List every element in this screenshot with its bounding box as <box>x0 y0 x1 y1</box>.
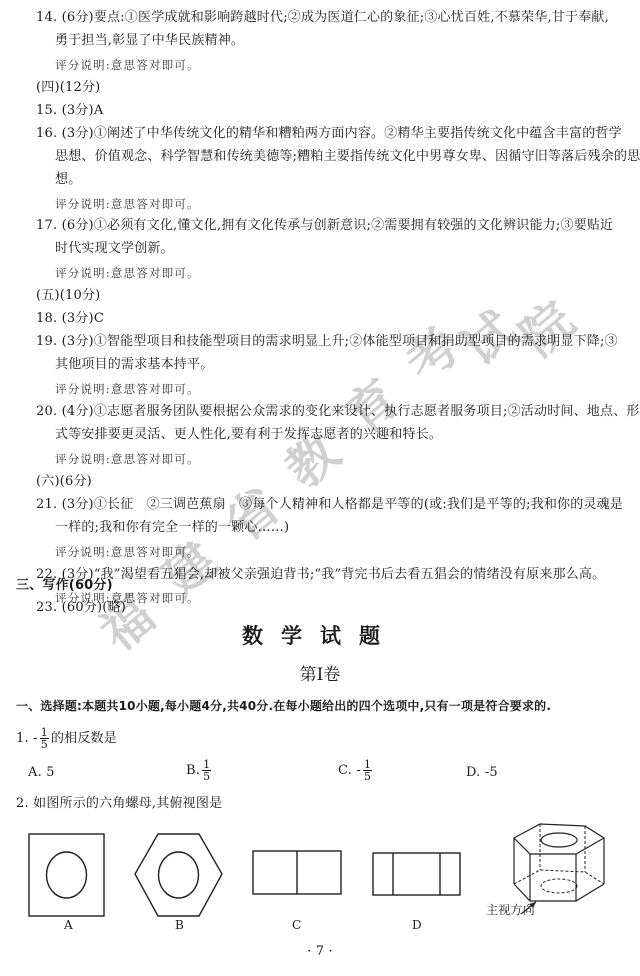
option-label: B. <box>186 763 200 778</box>
figure-d-three-rectangles[interactable] <box>372 852 464 898</box>
grading-note: 评分说明:意思答对即可。 <box>55 451 200 467</box>
option-a[interactable]: A. 5 <box>28 765 55 781</box>
q1-prefix: 1. - <box>16 731 38 746</box>
fraction: 15 <box>40 727 49 750</box>
page-number: · 7 · <box>0 944 640 960</box>
answer-line: 想。 <box>55 172 81 188</box>
watermark-char: 考 <box>388 308 473 395</box>
answer-15: 15. (3分)A <box>36 103 103 119</box>
option-d[interactable]: D. -5 <box>466 765 498 781</box>
answer-18: 18. (3分)C <box>36 311 104 327</box>
denominator: 5 <box>364 771 371 782</box>
answer-line: 14. (6分)要点:①医学成就和影响跨越时代;②成为医道仁心的象征;③心忧百姓… <box>36 10 609 26</box>
grading-note: 评分说明:意思答对即可。 <box>55 57 200 73</box>
grading-note: 评分说明:意思答对即可。 <box>55 381 200 397</box>
fraction: 15 <box>202 759 211 782</box>
fraction: 15 <box>363 759 372 782</box>
section-5-heading: (五)(10分) <box>36 288 100 304</box>
answer-line: 时代实现文学创新。 <box>55 241 174 257</box>
section-heading: 一、选择题:本题共10小题,每小题4分,共40分.在每小题给出的四个选项中,只有… <box>16 698 551 714</box>
denominator: 5 <box>203 771 210 782</box>
writing-heading: 三、写作(60分) <box>16 578 113 594</box>
answer-line: 思想、价值观念、科学智慧和传统美德等;糟粕主要指传统文化中男尊女卑、因循守旧等落… <box>55 149 640 165</box>
figure-b-hexagon-with-circle[interactable] <box>134 833 226 917</box>
writing-item: 23. (60分)(略) <box>36 600 126 616</box>
answer-line: 19. (3分)①智能型项目和技能型项目的需求明显上升;②体能型项目和捐助型项目… <box>36 334 618 350</box>
answer-line: 21. (3分)①长征 ②三调芭蕉扇 ③每个人精神和人格都是平等的(或:我们是平… <box>36 497 623 513</box>
answer-line: 一样的;我和你有完全一样的一颗心……) <box>55 520 289 536</box>
volume-title: 第Ⅰ卷 <box>0 660 640 685</box>
option-b[interactable]: B.15 <box>186 758 213 784</box>
section-4-heading: (四)(12分) <box>36 80 100 96</box>
answer-line: 17. (6分)①必须有文化,懂文化,拥有文化传承与创新意识;②需要拥有较强的文… <box>36 218 613 234</box>
figure-a-square-with-circle[interactable] <box>28 833 108 917</box>
grading-note: 评分说明:意思答对即可。 <box>55 196 200 212</box>
answer-line: 勇于担当,彰显了中华民族精神。 <box>55 33 244 49</box>
answer-line: 16. (3分)①阐述了中华传统文化的精华和糟粕两方面内容。②精华主要指传统文化… <box>36 126 622 142</box>
hex-nut-perspective-figure <box>500 818 620 914</box>
figure-label-c: C <box>292 918 301 932</box>
math-title: 数学试题 <box>0 620 640 650</box>
answer-line: 式等安排要更灵活、更人性化,要有利于发挥志愿者的兴趣和特长。 <box>55 427 442 443</box>
grading-note: 评分说明:意思答对即可。 <box>55 544 200 560</box>
answer-line: 其他项目的需求基本持平。 <box>55 357 213 373</box>
option-label: C. - <box>338 763 361 778</box>
denominator: 5 <box>41 739 48 750</box>
option-c[interactable]: C. -15 <box>338 758 374 784</box>
figure-label-d: D <box>412 918 422 932</box>
question-1: 1. -15的相反数是 <box>16 726 117 752</box>
answer-line: 20. (4分)①志愿者服务团队要根据公众需求的变化来设计、执行志愿者服务项目;… <box>36 404 640 420</box>
watermark-char: 院 <box>503 282 588 369</box>
question-2-stem: 2. 如图所示的六角螺母,其俯视图是 <box>16 796 222 812</box>
answer-line: 22. (3分)“我”渴望看五猖会,却被父亲强迫背书;“我”背完书后去看五猖会的… <box>36 567 605 583</box>
direction-label: 主视方向 <box>486 902 535 918</box>
q1-suffix: 的相反数是 <box>51 731 117 746</box>
figure-label-b: B <box>175 918 184 932</box>
grading-note: 评分说明:意思答对即可。 <box>55 265 200 281</box>
figure-label-a: A <box>64 918 73 932</box>
figure-c-two-rectangles[interactable] <box>252 850 344 896</box>
section-6-heading: (六)(6分) <box>36 474 92 490</box>
